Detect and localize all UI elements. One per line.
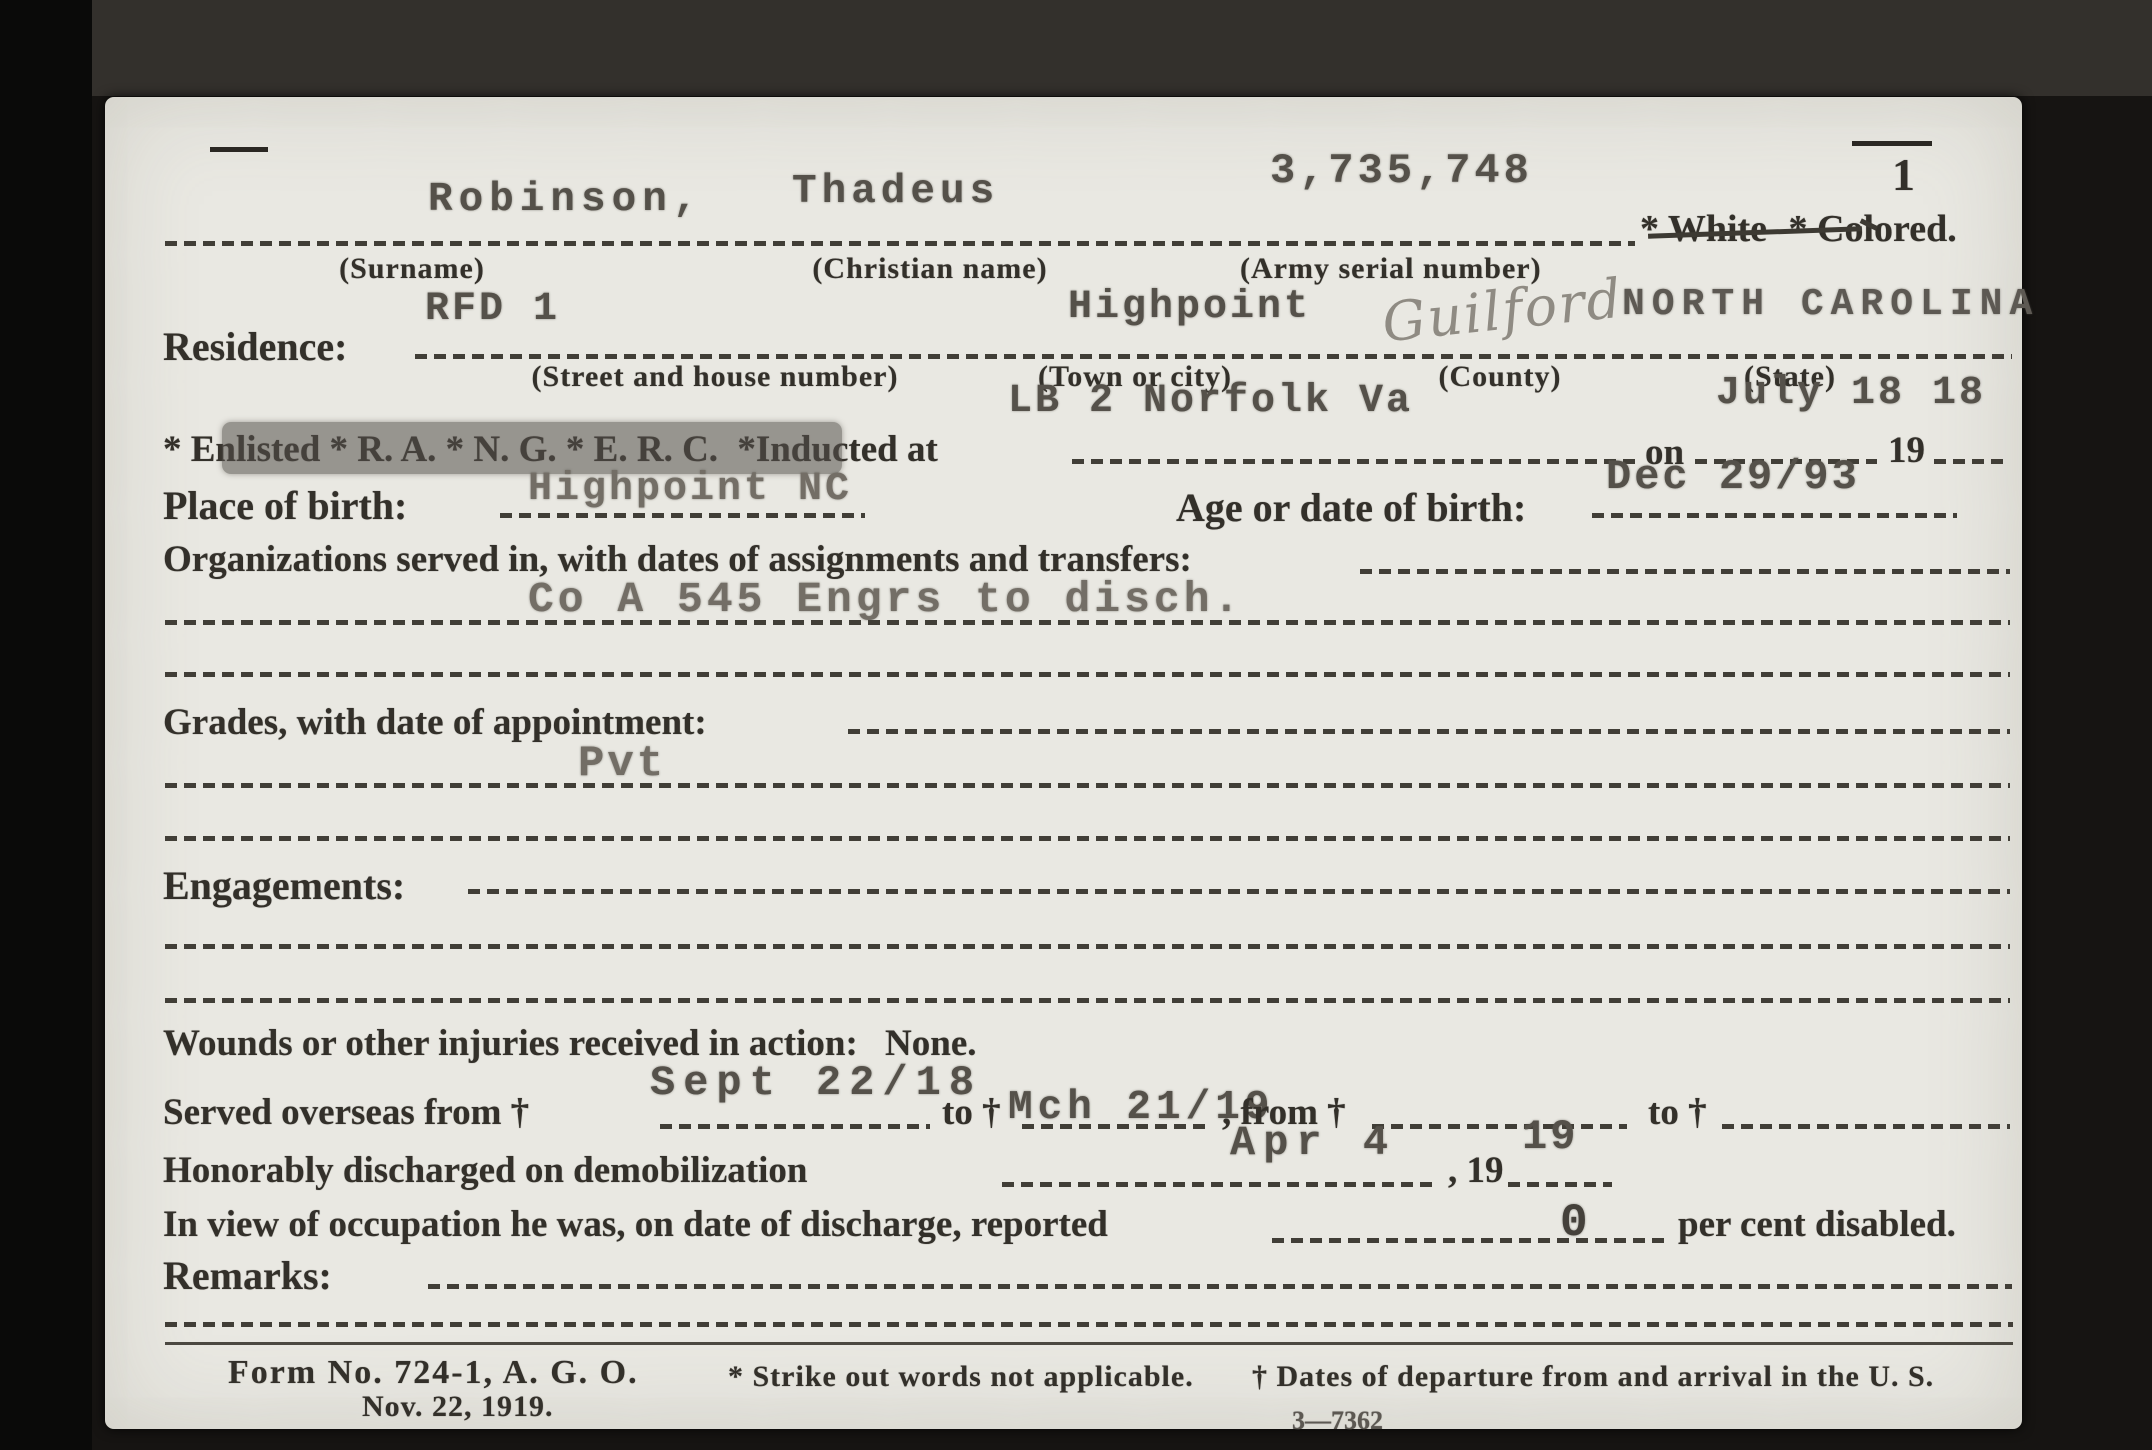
grades-rule-3 xyxy=(165,836,2010,841)
organizations-rule-2 xyxy=(165,620,2010,625)
served-overseas-label: Served overseas from † xyxy=(163,1094,529,1131)
overseas-to2-label: to † xyxy=(1648,1094,1707,1131)
white-asterisk: * xyxy=(1640,208,1659,250)
street-label: (Street and house number) xyxy=(520,362,910,392)
grades-value: Pvt xyxy=(578,742,666,786)
induction-place-value: LB 2 Norfolk Va xyxy=(1008,382,1413,422)
discharge-19-label: , 19 xyxy=(1448,1152,1504,1189)
residence-town-value: Highpoint xyxy=(1068,288,1311,328)
place-of-birth-rule xyxy=(500,513,865,518)
place-of-birth-label: Place of birth: xyxy=(163,486,407,526)
christian-name-label: (Christian name) xyxy=(800,254,1060,284)
disability-value: 0 xyxy=(1560,1200,1591,1246)
surname-value: Robinson, xyxy=(428,180,703,221)
print-code: 3—7362 xyxy=(1292,1408,1383,1434)
wounds-value: None. xyxy=(885,1023,976,1064)
organizations-label: Organizations served in, with dates of a… xyxy=(163,541,1192,578)
form-date: Nov. 22, 1919. xyxy=(362,1392,554,1422)
remarks-rule-2 xyxy=(165,1322,2013,1327)
enlistment-date-value: July 18 18 xyxy=(1716,374,1986,414)
grades-rule-1 xyxy=(848,729,2010,734)
year-rule xyxy=(1934,459,2010,464)
county-label: (County) xyxy=(1420,362,1580,392)
grades-label: Grades, with date of appointment: xyxy=(163,704,707,741)
remarks-rule-1 xyxy=(428,1284,2012,1289)
overseas-rule-3 xyxy=(1372,1124,1627,1129)
disability-rule xyxy=(1272,1238,1665,1243)
organizations-value: Co A 545 Engrs to disch. xyxy=(528,578,1243,621)
serial-number-value: 3,735,748 xyxy=(1270,150,1533,192)
christian-name-value: Thadeus xyxy=(792,172,999,213)
name-row-rule xyxy=(165,241,1635,246)
discharge-year-value: 19 xyxy=(1522,1116,1578,1158)
inducted-at-rule xyxy=(1072,459,1637,464)
discharge-rule-2 xyxy=(1508,1182,1612,1187)
disability-suffix: per cent disabled. xyxy=(1678,1206,1956,1243)
place-of-birth-value: Highpoint NC xyxy=(528,470,852,510)
wounds-line: Wounds or other injuries received in act… xyxy=(163,1025,977,1062)
top-left-mark xyxy=(210,147,268,152)
residence-state-value: NORTH CAROLINA xyxy=(1622,286,2039,324)
engagements-label: Engagements: xyxy=(163,866,405,906)
residence-label: Residence: xyxy=(163,327,347,367)
overseas-to1-label: to † xyxy=(942,1094,1001,1131)
surname-label: (Surname) xyxy=(312,254,512,284)
engagements-rule-1 xyxy=(468,889,2010,894)
film-top-band xyxy=(88,0,2152,96)
birth-date-value: Dec 29/93 xyxy=(1606,456,1860,498)
organizations-rule-3 xyxy=(165,672,2010,677)
discharge-date-value: Apr 4 xyxy=(1230,1122,1396,1164)
top-right-mark xyxy=(1852,141,1932,146)
discharge-label: Honorably discharged on demobilization xyxy=(163,1152,807,1189)
residence-street-value: RFD 1 xyxy=(425,290,560,330)
footer-rule xyxy=(165,1342,2013,1345)
overseas-from-date: Sept 22/18 xyxy=(650,1062,982,1104)
dagger-note: † Dates of departure from and arrival in… xyxy=(1252,1362,1934,1392)
remarks-label: Remarks: xyxy=(163,1256,332,1296)
grades-rule-2 xyxy=(165,783,2010,788)
engagements-rule-2 xyxy=(165,944,2010,949)
residence-rule xyxy=(415,354,2012,359)
microfilm-scan: 1 Robinson, Thadeus 3,735,748 * White * … xyxy=(0,0,2152,1450)
discharge-rule-1 xyxy=(1002,1182,1438,1187)
race-white-label: White xyxy=(1668,208,1767,250)
film-left-band xyxy=(0,0,92,1450)
engagements-rule-3 xyxy=(165,998,2010,1003)
overseas-rule-4 xyxy=(1722,1124,2010,1129)
wounds-label: Wounds or other injuries received in act… xyxy=(163,1023,858,1064)
strike-note: * Strike out words not applicable. xyxy=(728,1362,1194,1392)
overseas-rule-1 xyxy=(660,1124,930,1129)
year-19-label: 19 xyxy=(1888,432,1925,469)
age-of-birth-label: Age or date of birth: xyxy=(1176,488,1526,528)
form-number: Form No. 724-1, A. G. O. xyxy=(228,1356,639,1390)
disability-label: In view of occupation he was, on date of… xyxy=(163,1206,1108,1243)
age-of-birth-rule xyxy=(1592,513,1957,518)
page-number: 1 xyxy=(1892,152,1915,198)
organizations-rule-1 xyxy=(1360,569,2010,574)
